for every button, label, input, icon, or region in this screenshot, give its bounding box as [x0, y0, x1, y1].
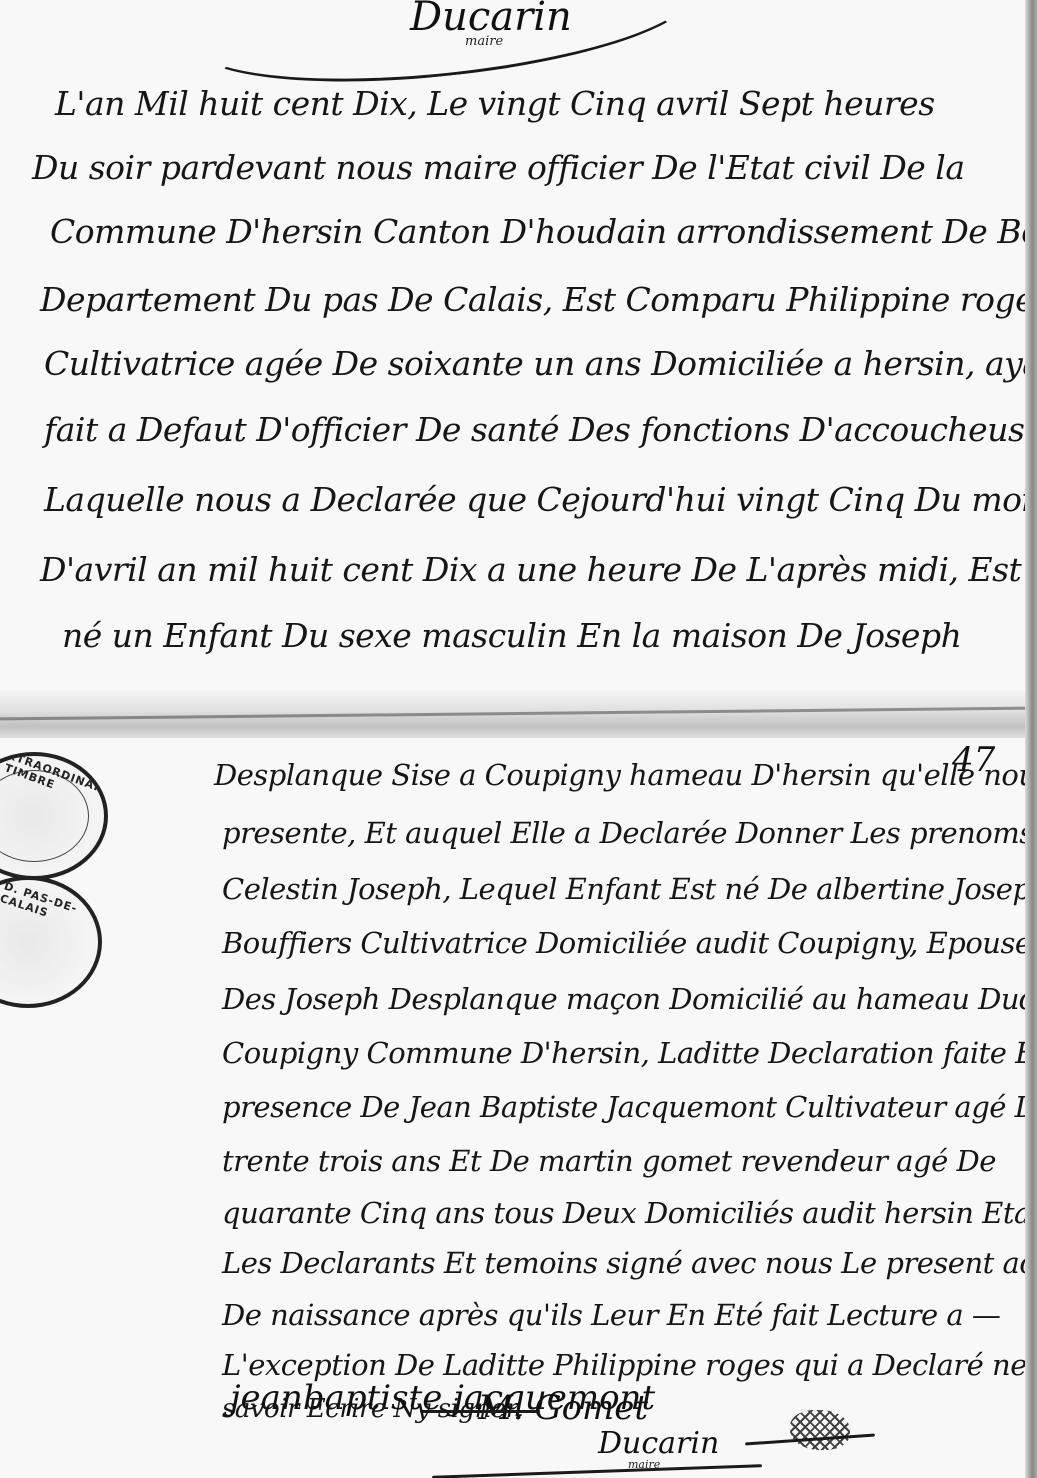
scan-right-edge	[1025, 0, 1037, 1478]
record-line-21: L'exception De Laditte Philippine roges …	[222, 1348, 1027, 1382]
record-line-13: Bouffiers Cultivatrice Domiciliée audit …	[222, 926, 1032, 960]
record-line-20: De naissance après qu'ils Leur En Eté fa…	[222, 1298, 1000, 1332]
record-line-18: quarante Cinq ans tous Deux Domiciliés a…	[222, 1196, 1037, 1230]
record-line-17: trente trois ans Et De martin gomet reve…	[222, 1144, 996, 1178]
upper-page-section: Ducarin maire L'an Mil huit cent Dix, Le…	[0, 0, 1037, 720]
record-line-9: né un Enfant Du sexe masculin En la mais…	[62, 616, 961, 655]
declarant-cross-mark	[790, 1410, 850, 1450]
record-line-2: Du soir pardevant nous maire officier De…	[32, 148, 965, 187]
record-line-11: presente, Et auquel Elle a Declarée Donn…	[222, 816, 1037, 850]
record-line-4: Departement Du pas De Calais, Est Compar…	[40, 280, 1037, 319]
record-line-10: Desplanque Sise a Coupigny hameau D'hers…	[214, 758, 1037, 792]
jacquemont-underline	[420, 1410, 540, 1413]
record-line-6: fait a Defaut D'officier De santé Des fo…	[44, 410, 1037, 449]
record-line-16: presence De Jean Baptiste Jacquemont Cul…	[222, 1090, 1037, 1124]
record-line-8: D'avril an mil huit cent Dix a une heure…	[40, 550, 1021, 589]
record-line-5: Cultivatrice agée De soixante un ans Dom…	[44, 344, 1037, 383]
record-line-1: L'an Mil huit cent Dix, Le vingt Cinq av…	[55, 84, 935, 123]
record-line-15: Coupigny Commune D'hersin, Laditte Decla…	[222, 1036, 1037, 1070]
record-line-7: Laquelle nous a Declarée que Cejourd'hui…	[44, 480, 1037, 519]
footer-mayor-signature: Ducarin	[598, 1426, 719, 1461]
record-line-14: Des Joseph Desplanque maçon Domicilié au…	[222, 982, 1037, 1016]
record-line-12: Celestin Joseph, Lequel Enfant Est né De…	[222, 872, 1037, 906]
pas-de-calais-department-stamp: D. PAS-DE-CALAIS	[0, 876, 102, 1008]
department-stamp-text: D. PAS-DE-CALAIS	[0, 879, 100, 934]
lower-page-section: 47 EXTRAORDINAIRE · TIMBRE D. PAS-DE-CAL…	[0, 738, 1037, 1478]
record-line-19: Les Declarants Et temoins signé avec nou…	[222, 1246, 1037, 1280]
scanned-register-page: Ducarin maire L'an Mil huit cent Dix, Le…	[0, 0, 1037, 1478]
extraordinaire-tax-stamp: EXTRAORDINAIRE · TIMBRE	[0, 752, 108, 880]
record-line-3: Commune D'hersin Canton D'houdain arrond…	[50, 212, 1037, 251]
